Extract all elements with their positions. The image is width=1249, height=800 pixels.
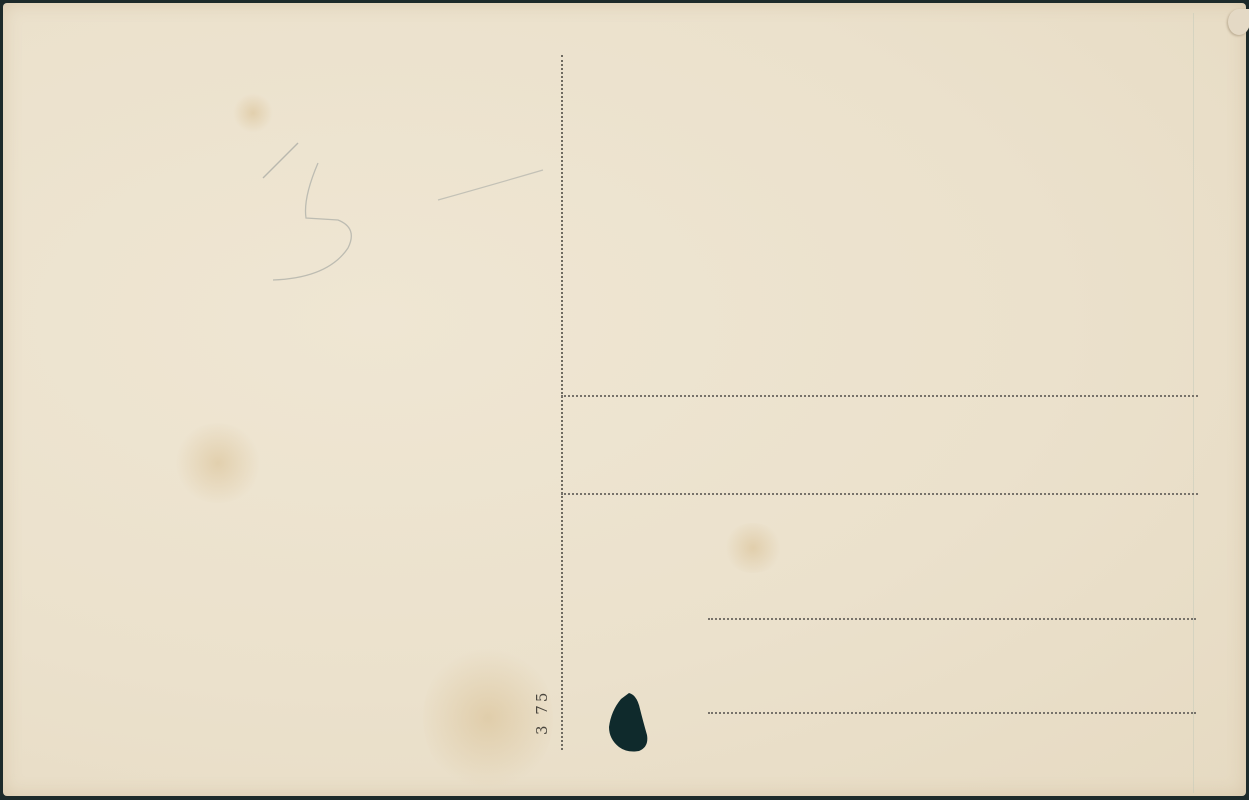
age-stain <box>233 93 273 133</box>
corner-crease <box>1228 9 1249 35</box>
age-stain <box>173 423 263 503</box>
faint-rule <box>1193 13 1194 793</box>
postcard-back: 3 75 <box>3 3 1246 796</box>
address-line <box>561 493 1198 495</box>
address-line <box>708 712 1196 714</box>
address-line <box>708 618 1196 620</box>
pencil-marking <box>258 128 548 288</box>
age-stain <box>723 523 783 573</box>
printed-code: 3 75 <box>533 690 551 735</box>
divider-line <box>561 55 563 750</box>
address-line <box>561 395 1198 397</box>
punched-hole <box>607 691 649 753</box>
